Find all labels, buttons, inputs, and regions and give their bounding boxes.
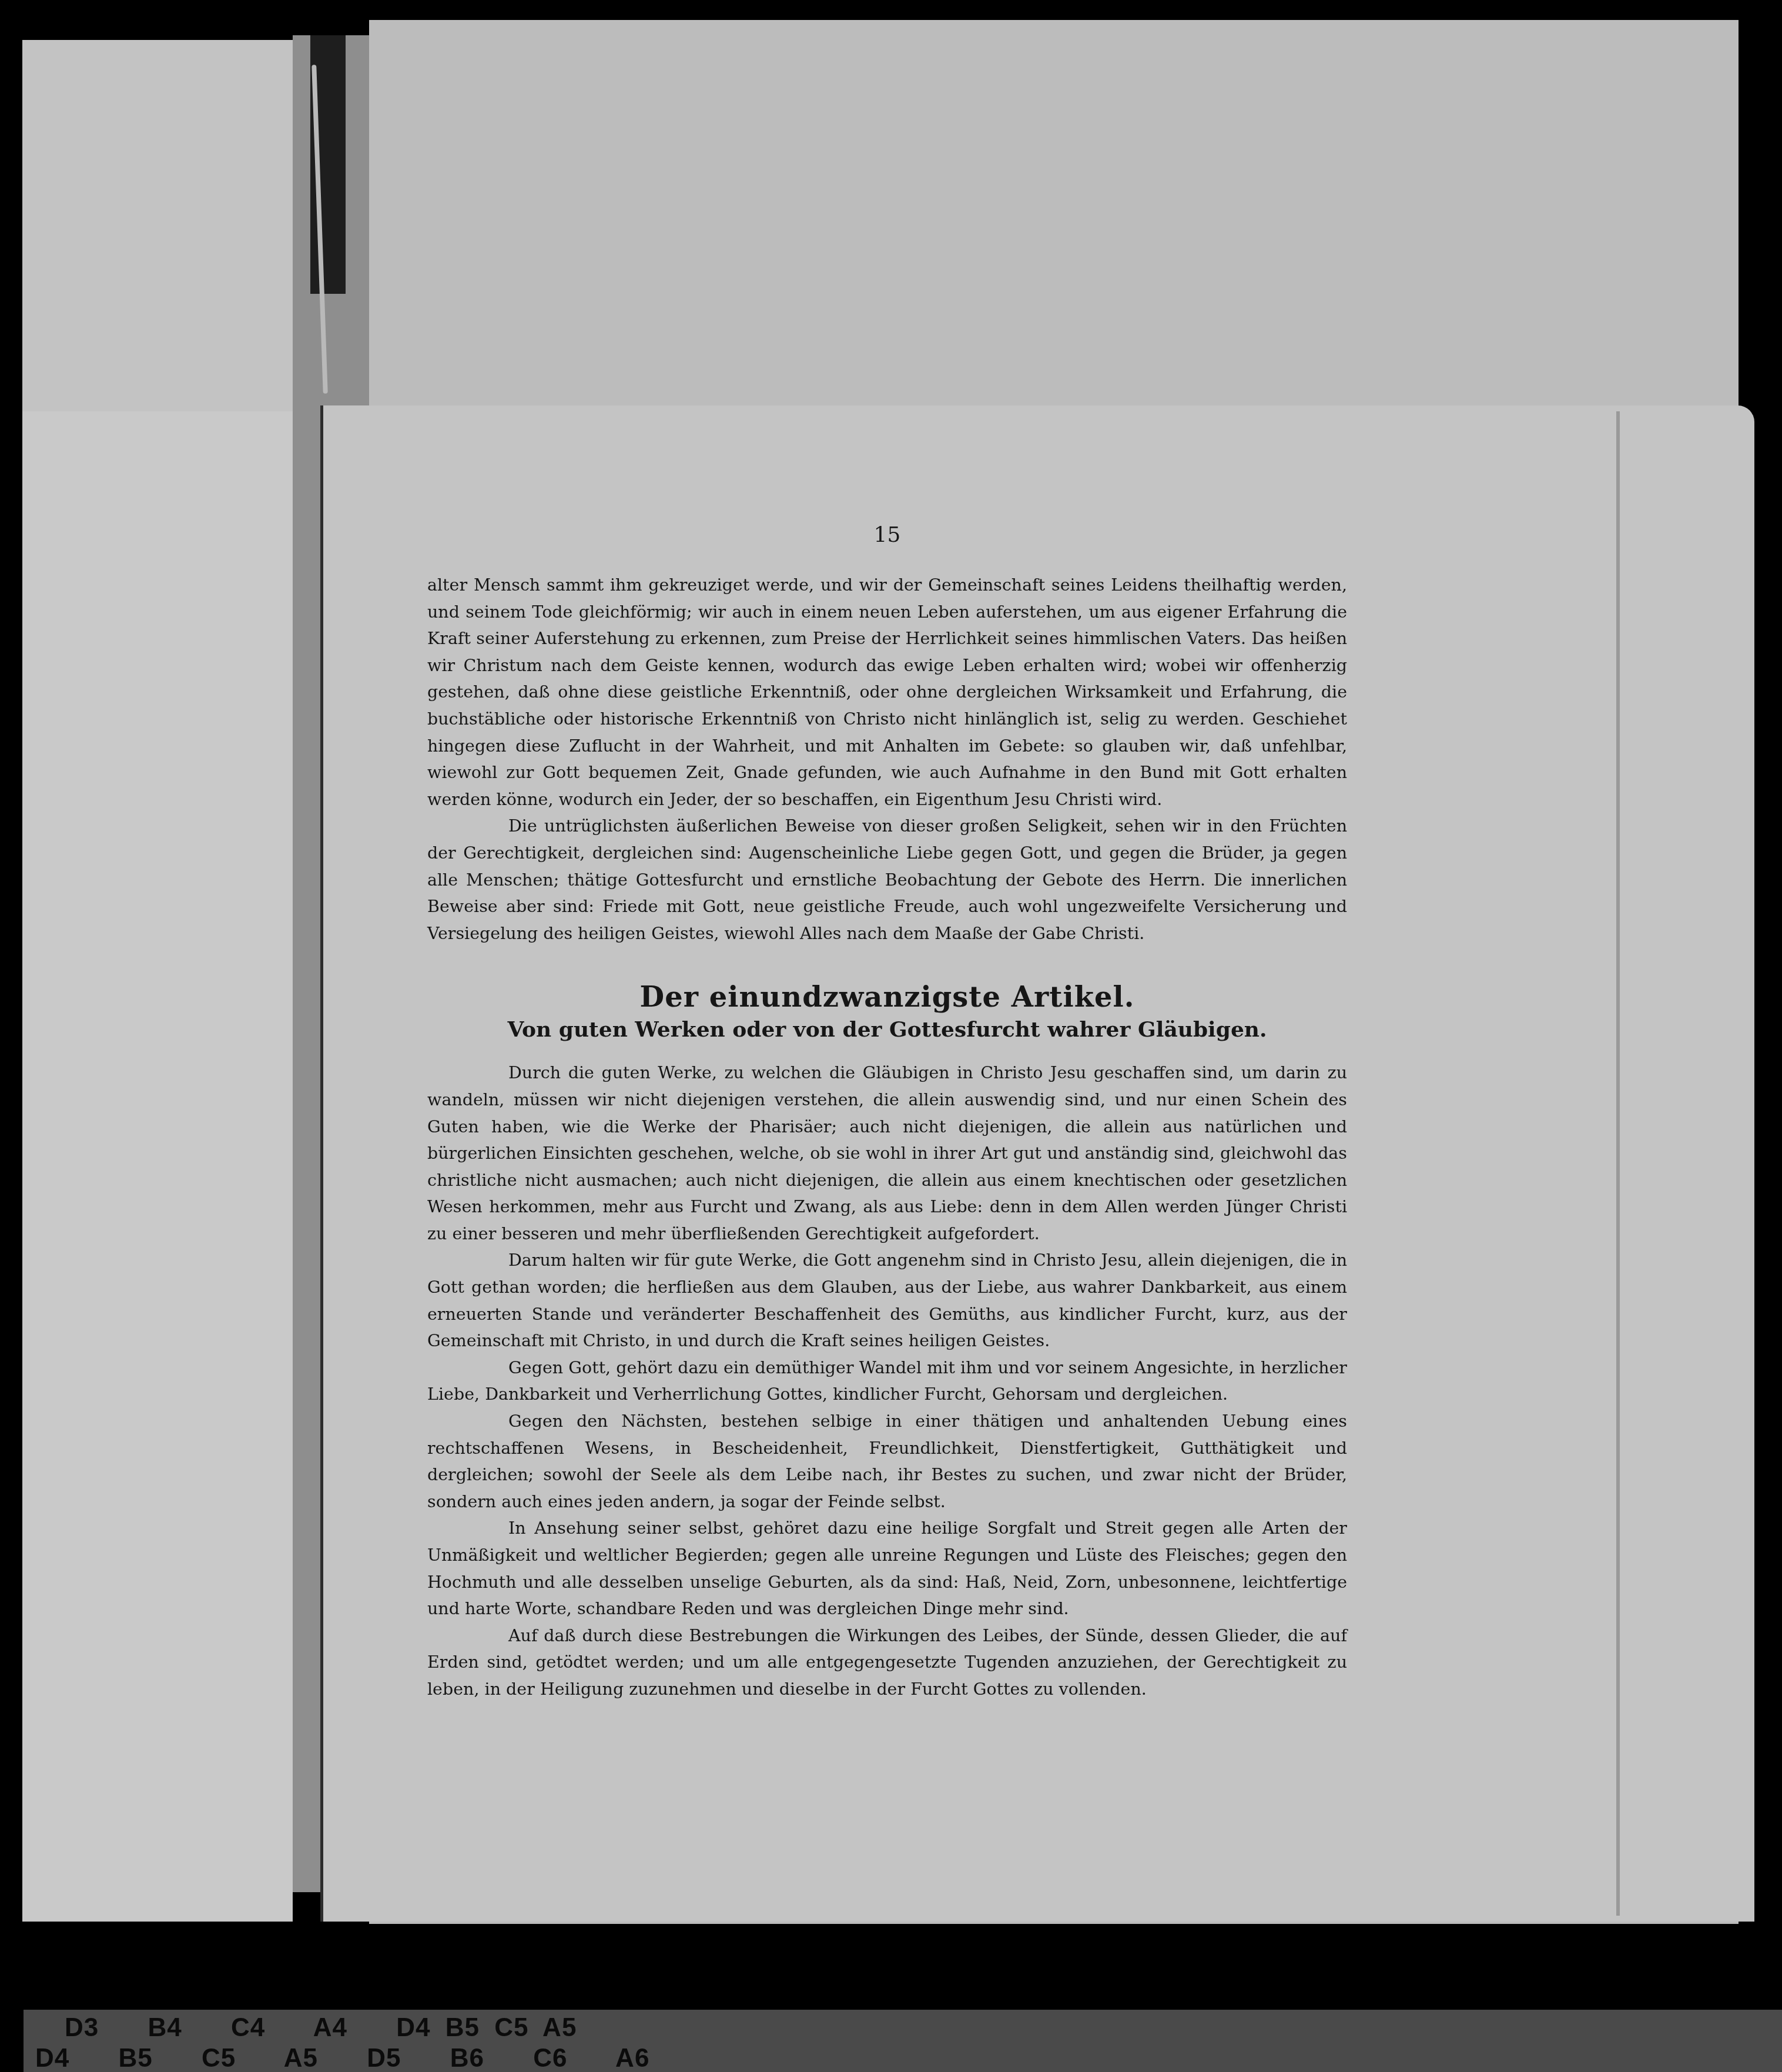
page-number: 15: [427, 523, 1347, 547]
paragraph: Auf daß durch diese Bestrebungen die Wir…: [427, 1622, 1347, 1703]
film-label: A5: [542, 2013, 577, 2042]
article-title: Der einundzwanzigste Artikel.: [427, 981, 1347, 1014]
film-label: A6: [615, 2044, 649, 2072]
paragraph: In Ansehung seiner selbst, gehöret dazu …: [427, 1515, 1347, 1622]
film-label: C4: [231, 2013, 265, 2042]
page-fold-stain: [1616, 411, 1620, 1916]
film-label: D3: [65, 2013, 99, 2042]
film-label: B6: [450, 2044, 484, 2072]
paragraph: Durch die guten Werke, zu welchen die Gl…: [427, 1060, 1347, 1247]
film-label-row-1: D3 B4 C4 A4 D4 B5 C5 A5: [65, 2013, 584, 2043]
paragraph-continued: alter Mensch sammt ihm gekreuziget werde…: [427, 572, 1347, 813]
film-label: D4: [35, 2044, 69, 2072]
page-text-column: 15 alter Mensch sammt ihm gekreuziget we…: [427, 511, 1347, 1703]
left-blank-sheet-lower: [22, 411, 293, 1922]
article-subtitle: Von guten Werken oder von der Gottesfurc…: [427, 1017, 1347, 1042]
paragraph: Die untrüglichsten äußerlichen Beweise v…: [427, 813, 1347, 947]
film-label: C5: [494, 2013, 528, 2042]
film-label: B5: [445, 2013, 480, 2042]
film-label: D5: [367, 2044, 401, 2072]
paragraph: Darum halten wir für gute Werke, die Got…: [427, 1247, 1347, 1354]
film-label: B5: [118, 2044, 152, 2072]
film-label: A4: [313, 2013, 347, 2042]
film-label: D4: [396, 2013, 430, 2042]
film-label: C5: [202, 2044, 236, 2072]
film-label: C6: [533, 2044, 567, 2072]
scan-border-right: [1754, 0, 1782, 2072]
paragraph: Gegen den Nächsten, bestehen selbige in …: [427, 1408, 1347, 1515]
paragraph: Gegen Gott, gehört dazu ein demüthiger W…: [427, 1354, 1347, 1408]
film-label: B4: [148, 2013, 182, 2042]
microfilm-strip: D3 B4 C4 A4 D4 B5 C5 A5 D4 B5 C5 A5 D5 B…: [24, 2010, 1782, 2072]
page-left-edge: [320, 405, 323, 1922]
film-label-row-2: D4 B5 C5 A5 D5 B6 C6 A6: [35, 2044, 691, 2072]
film-label: A5: [284, 2044, 318, 2072]
